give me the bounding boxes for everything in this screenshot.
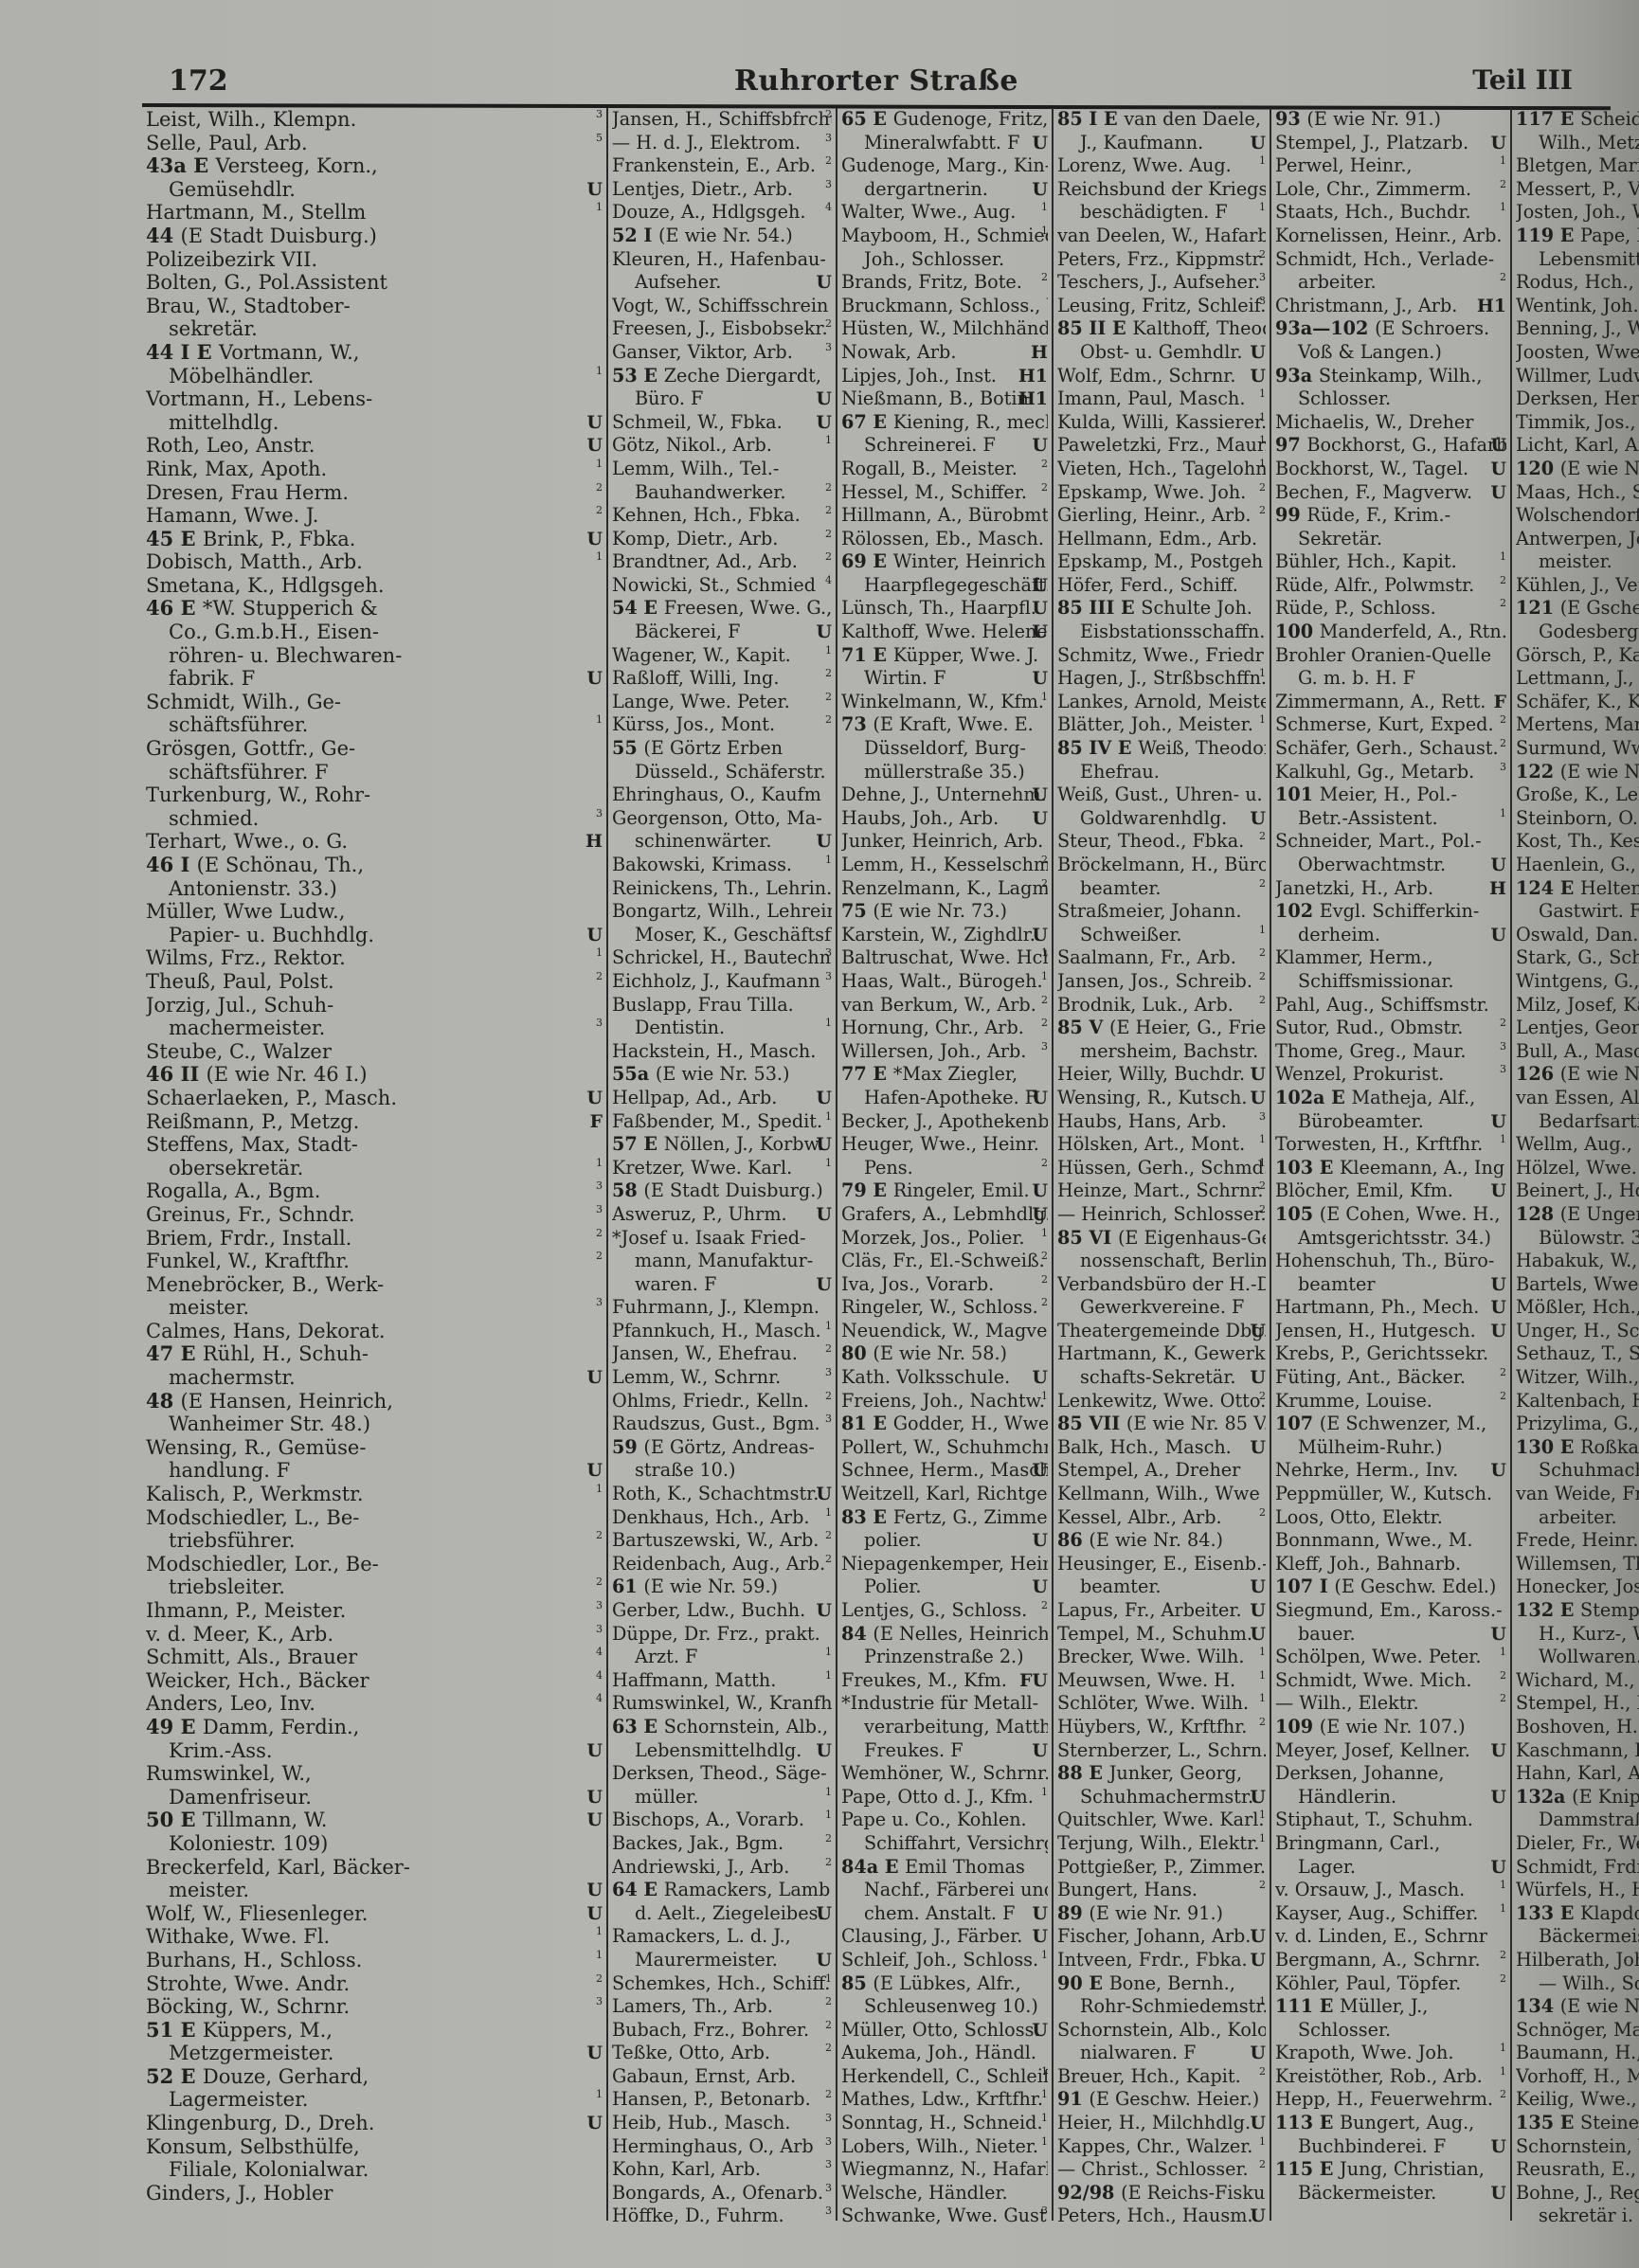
- resident-entry-line: Wollwaren.U: [1516, 1646, 1639, 1669]
- resident-entry-line: d. Aelt., Ziegeleibes.U: [612, 1902, 832, 1926]
- resident-entry-line: Gudenoge, Marg., Kin-: [841, 154, 1048, 178]
- resident-entry-line: bauer.U: [1275, 1623, 1506, 1647]
- entry-text: Bungert, Hans.: [1057, 1879, 1198, 1900]
- floor-marker: 1: [1041, 1390, 1048, 1409]
- floor-marker: 3: [596, 1017, 603, 1035]
- floor-marker: 3: [596, 1995, 603, 2014]
- resident-entry-line: Breuer, Hch., Kapit.2: [1057, 2065, 1266, 2089]
- resident-entry-line: triebsleiter.2: [146, 1575, 603, 1599]
- house-entry-line: 54 E Freesen, Wwe. G.,: [612, 597, 832, 621]
- floor-marker: U: [586, 2112, 603, 2135]
- entry-text: schinenwärter.: [635, 830, 771, 852]
- house-number: 55: [612, 737, 643, 759]
- resident-entry-line: Heusinger, E., Eisenb.-: [1057, 1553, 1266, 1576]
- resident-entry-line: Lamers, Th., Arb.2: [612, 1995, 832, 2019]
- resident-entry-line: Gierling, Heinr., Arb.2: [1057, 504, 1266, 528]
- floor-marker: 2: [1041, 1599, 1048, 1618]
- entry-text: Bauhandwerker.: [635, 481, 785, 503]
- entry-text: mann, Manufaktur-: [635, 1250, 813, 1271]
- house-entry-line: 43a E Versteeg, Korn.,: [146, 154, 603, 178]
- directory-columns: Leist, Wilh., Klempn.3Selle, Paul, Arb.5…: [142, 108, 1639, 2221]
- floor-marker: 1: [1500, 2065, 1506, 2084]
- floor-marker: 1: [1259, 458, 1266, 477]
- entry-text: Kalthoff, Theod.,: [1132, 317, 1266, 339]
- entry-text: Prinzenstraße 2.): [864, 1646, 1024, 1667]
- entry-text: Boshoven, H., Schloss.: [1516, 1716, 1639, 1737]
- entry-text: Pfannkuch, H., Masch.: [612, 1320, 821, 1341]
- resident-entry-line: Rogalla, A., Bgm.3: [146, 1179, 603, 1203]
- resident-entry-line: beschädigten. F1: [1057, 201, 1266, 225]
- floor-marker: 1: [825, 644, 832, 663]
- resident-entry-line: Roth, K., Schachtmstr.U: [612, 1483, 832, 1506]
- entry-text: Jansen, Jos., Schreib.: [1057, 970, 1252, 992]
- resident-entry-line: Bedarfsartikel. FU: [1516, 1110, 1639, 1134]
- resident-entry-line: Aufseher.U: [612, 271, 832, 295]
- resident-entry-line: Lole, Chr., Zimmerm.2: [1275, 178, 1506, 202]
- entry-text: d. Aelt., Ziegeleibes.: [635, 1902, 824, 1924]
- entry-text: Ehringhaus, O., Kaufm: [612, 783, 821, 805]
- entry-text: Bürobeamter.: [1298, 1110, 1424, 1132]
- entry-text: Willersen, Joh., Arb.: [841, 1040, 1026, 1062]
- resident-entry-line: Hepp, H., Feuerwehrm.2: [1275, 2088, 1506, 2112]
- house-number: 54 E: [612, 597, 664, 619]
- resident-entry-line: Wellm, Aug., Polleutn.1: [1516, 1133, 1639, 1157]
- entry-text: Schemkes, Hch., Schiff.: [612, 1972, 830, 1994]
- resident-entry-line: Kreistöther, Rob., Arb.1: [1275, 2065, 1506, 2089]
- entry-text: Rölossen, Eb., Masch.: [841, 528, 1044, 549]
- entry-text: Höffke, D., Fuhrm.: [612, 2205, 784, 2226]
- entry-text: (E Heier, G., Frie-: [1109, 1017, 1266, 1038]
- entry-text: Schlosser.: [1298, 387, 1391, 409]
- floor-marker: 1: [1041, 1227, 1048, 1246]
- entry-text: G. m. b. H. F: [1298, 667, 1415, 689]
- entry-text: Schulte Joh.: [1141, 597, 1252, 619]
- floor-marker: 3: [596, 1623, 603, 1642]
- entry-text: (E Eigenhaus-Ge-: [1118, 1227, 1266, 1249]
- resident-entry-line: Karstein, W., Zighdlr.U: [841, 924, 1048, 947]
- floor-marker: 1: [1041, 2088, 1048, 2107]
- house-number: 128: [1516, 1203, 1560, 1225]
- floor-marker: 3: [1259, 295, 1266, 314]
- house-entry-line: 77 E *Max Ziegler,: [841, 1063, 1048, 1087]
- house-number: 122: [1516, 761, 1560, 783]
- entry-text: Briem, Frdr., Install.: [146, 1227, 351, 1250]
- entry-text: Pape, Otto d. J., Kfm.: [841, 1786, 1034, 1808]
- resident-entry-line: Schäfer, Gerh., Schaust.2: [1275, 737, 1506, 761]
- entry-text: van den Daele,: [1124, 108, 1261, 130]
- floor-marker: U: [816, 830, 832, 854]
- floor-marker: 1: [1041, 946, 1048, 965]
- resident-entry-line: Wensing, R., Gemüse-: [146, 1436, 603, 1460]
- entry-text: Junker, Georg,: [1109, 1762, 1242, 1784]
- entry-text: Stempel, H., Buchhalt.: [1516, 1692, 1639, 1714]
- entry-text: Wellm, Aug., Polleutn.: [1516, 1133, 1639, 1155]
- floor-marker: 1: [1259, 411, 1266, 430]
- entry-text: Höfer, Ferd., Schiff.: [1057, 574, 1238, 596]
- entry-text: Stiphaut, T., Schuhm.: [1275, 1809, 1473, 1830]
- resident-entry-line: röhren- u. Blechwaren-: [146, 644, 603, 668]
- resident-entry-line: obersekretär.1: [146, 1157, 603, 1180]
- resident-entry-line: Prizylima, G., Metzger.: [1516, 1413, 1639, 1436]
- resident-entry-line: Gemüsehdlr.U: [146, 178, 603, 202]
- floor-marker: 2: [825, 1995, 832, 2014]
- entry-text: Maas, Hch., Schloss.: [1516, 481, 1639, 503]
- entry-text: waren. F: [635, 1273, 716, 1295]
- entry-text: Schölpen, Wwe. Peter.: [1275, 1646, 1481, 1667]
- entry-text: müllerstraße 35.): [864, 761, 1025, 783]
- resident-entry-line: Aukema, Joh., Händl.: [841, 2042, 1048, 2065]
- house-entry-line: 75 (E wie Nr. 73.): [841, 900, 1048, 924]
- floor-marker: 2: [1259, 481, 1266, 500]
- entry-text: Bechen, F., Magverw.: [1275, 481, 1472, 503]
- entry-text: Haubs, Joh., Arb.: [841, 807, 999, 829]
- entry-text: Janetzki, H., Arb.: [1275, 877, 1433, 899]
- resident-entry-line: Niepagenkemper, Heinr.,: [841, 1553, 1048, 1576]
- resident-entry-line: Reißmann, P., Metzg.F: [146, 1110, 603, 1134]
- resident-entry-line: Müller, Wwe Ludw.,: [146, 900, 603, 924]
- resident-entry-line: Stempel, A., Dreher: [1057, 1459, 1266, 1483]
- house-entry-line: 119 E Pape, Karl,: [1516, 225, 1639, 248]
- resident-entry-line: Bergmann, A., Schrnr.2: [1275, 1949, 1506, 1972]
- floor-marker: U: [1250, 1925, 1266, 1949]
- floor-marker: 2: [1500, 1366, 1506, 1385]
- house-entry-line: 93a Steinkamp, Wilh.,: [1275, 365, 1506, 388]
- resident-entry-line: Thome, Greg., Maur.3: [1275, 1040, 1506, 1064]
- house-entry-line: 52 I (E wie Nr. 54.): [612, 225, 832, 248]
- resident-entry-line: Smetana, K., Hdlgsgeh.: [146, 574, 603, 598]
- resident-entry-line: Schmeil, W., Fbka.U: [612, 411, 832, 435]
- entry-text: Bonnmann, Wwe., M.: [1275, 1529, 1472, 1551]
- entry-text: Fuhrmann, J., Klempn.: [612, 1296, 819, 1318]
- entry-text: beschädigten. F: [1080, 201, 1228, 223]
- resident-entry-line: Wensing, R., Kutsch.U: [1057, 1087, 1266, 1110]
- entry-text: Wirtin. F: [864, 667, 946, 689]
- resident-entry-line: Schölpen, Wwe. Peter.1: [1275, 1646, 1506, 1669]
- entry-text: Eichholz, J., Kaufmann: [612, 970, 820, 992]
- entry-text: Grösgen, Gottfr., Ge-: [146, 737, 355, 760]
- entry-text: Krim.-Ass.: [169, 1739, 273, 1762]
- resident-entry-line: Lünsch, Th., Haarpfl.U: [841, 597, 1048, 621]
- resident-entry-line: Füting, Ant., Bäcker.2: [1275, 1366, 1506, 1390]
- resident-entry-line: Rumswinkel, W., Kranfhr.: [612, 1692, 832, 1716]
- resident-entry-line: Hillmann, A., Bürobmtr: [841, 504, 1048, 528]
- floor-marker: 3: [596, 1599, 603, 1618]
- entry-text: Eisbstationsschaffn.: [1080, 621, 1265, 642]
- entry-text: Brands, Fritz, Bote.: [841, 271, 1022, 293]
- resident-entry-line: Bruckmann, Schloss., W.: [841, 295, 1048, 318]
- floor-marker: 2: [825, 1856, 832, 1875]
- entry-text: Clausing, J., Färber.: [841, 1925, 1022, 1947]
- floor-marker: 1: [1500, 1133, 1506, 1152]
- resident-entry-line: Torwesten, H., Krftfhr.1: [1275, 1133, 1506, 1157]
- floor-marker: 2: [596, 1227, 603, 1246]
- entry-text: Straßmeier, Johann.: [1057, 900, 1241, 922]
- resident-entry-line: Stiphaut, T., Schuhm.: [1275, 1809, 1506, 1832]
- floor-marker: 2: [825, 317, 832, 336]
- entry-text: Licht, Karl, Arb.: [1516, 434, 1639, 456]
- resident-entry-line: Fischer, Johann, Arb.U: [1057, 1925, 1266, 1949]
- floor-marker: 3: [1500, 1040, 1506, 1059]
- entry-text: Lipjes, Joh., Inst.: [841, 365, 997, 387]
- entry-text: Lebensmittelhdlg.: [635, 1739, 801, 1761]
- entry-text: Schmeil, W., Fbka.: [612, 411, 783, 433]
- house-entry-line: 121 (E Gscheidle, Frz.,: [1516, 597, 1639, 621]
- entry-text: Morzek, Jos., Polier.: [841, 1227, 1025, 1249]
- floor-marker: U: [586, 1786, 603, 1809]
- resident-entry-line: Haubs, Joh., Arb.U: [841, 807, 1048, 831]
- resident-entry-line: Milz, Josef, Kapitän.5: [1516, 994, 1639, 1017]
- resident-entry-line: Dehne, J., Unternehm.U: [841, 783, 1048, 807]
- floor-marker: 2: [596, 1529, 603, 1548]
- entry-text: Sonntag, H., Schneid.: [841, 2112, 1043, 2133]
- resident-entry-line: Leist, Wilh., Klempn.3: [146, 108, 603, 132]
- entry-text: Bringmann, Carl.,: [1275, 1832, 1440, 1854]
- resident-entry-line: machermstr.U: [146, 1366, 603, 1390]
- entry-text: Kaltenbach, H., Rang.: [1516, 1390, 1639, 1412]
- entry-text: mersheim, Bachstr. 58.): [1080, 1040, 1266, 1062]
- entry-text: Walter, Wwe., Aug.: [841, 201, 1016, 223]
- resident-entry-line: schafts-Sekretär.U: [1057, 1366, 1266, 1390]
- resident-entry-line: Licht, Karl, Arb.H: [1516, 434, 1639, 458]
- floor-marker: 2: [1259, 1203, 1266, 1222]
- resident-entry-line: Schweißer.1: [1057, 924, 1266, 947]
- resident-entry-line: schmied.3: [146, 807, 603, 831]
- floor-marker: U: [1250, 365, 1266, 388]
- house-entry-line: 51 E Küppers, M.,: [146, 2019, 603, 2043]
- house-number: 49 E: [146, 1716, 203, 1738]
- entry-text: Gudenoge, Fritz,: [893, 108, 1048, 130]
- resident-entry-line: dergartnerin.U: [841, 178, 1048, 202]
- entry-text: Versteeg, Korn.,: [215, 154, 377, 177]
- entry-text: Menebröcker, B., Werk-: [146, 1273, 384, 1296]
- resident-entry-line: Unger, H., Schlosser.: [1516, 1320, 1639, 1343]
- resident-entry-line: Brau, W., Stadtober-: [146, 295, 603, 318]
- entry-text: Winkelmann, W., Kfm.: [841, 691, 1044, 712]
- entry-text: Schlosser.: [1298, 2019, 1391, 2041]
- resident-entry-line: Frankenstein, E., Arb.2: [612, 154, 832, 178]
- house-number: 113 E: [1275, 2112, 1340, 2133]
- entry-text: (E wie Nr. 85 V.): [1126, 1413, 1266, 1434]
- entry-text: Rogall, B., Meister.: [841, 458, 1018, 479]
- resident-entry-line: Josten, Joh., Walzer.1: [1516, 201, 1639, 225]
- house-entry-line: 122 (E wie Nr. 124.): [1516, 761, 1639, 784]
- column-6: 117 E Scheidt, Wwe.Wilh., Metzger. FUBle…: [1510, 108, 1639, 2221]
- resident-entry-line: van Berkum, W., Arb.2: [841, 994, 1048, 1017]
- entry-text: Blätter, Joh., Meister.: [1057, 713, 1253, 735]
- entry-text: Bröckelmann, H., Büro-: [1057, 854, 1266, 875]
- entry-text: Steube, C., Walzer: [146, 1040, 332, 1063]
- entry-text: Heier, Willy, Buchdr.: [1057, 1063, 1245, 1085]
- resident-entry-line: chem. Anstalt. FU: [841, 1902, 1048, 1926]
- resident-entry-line: Willersen, Joh., Arb.3: [841, 1040, 1048, 1064]
- entry-text: Schäfer, K., Kranfhr.: [1516, 691, 1639, 712]
- entry-text: Peters, Frz., Kippmstr.: [1057, 248, 1265, 270]
- entry-text: Filiale, Kolonialwar.: [169, 2158, 369, 2181]
- resident-entry-line: Brodnik, Luk., Arb.2: [1057, 994, 1266, 1017]
- entry-text: Jorzig, Jul., Schuh-: [146, 994, 333, 1017]
- entry-text: (E Reichs-Fiskus.): [1121, 2182, 1266, 2204]
- resident-entry-line: Polier.U: [841, 1575, 1048, 1599]
- house-entry-line: 97 Bockhorst, G., Hafarb.U: [1275, 434, 1506, 458]
- resident-entry-line: Michaelis, W., Dreher: [1275, 411, 1506, 435]
- house-number: 69 E: [841, 550, 893, 572]
- house-number: 67 E: [841, 411, 893, 433]
- house-entry-line: 67 E Kiening, R., mech.: [841, 411, 1048, 435]
- house-number: 97: [1275, 434, 1306, 456]
- resident-entry-line: Kretzer, Wwe. Karl.1: [612, 1157, 832, 1180]
- entry-text: Reidenbach, Aug., Arb.: [612, 1553, 825, 1575]
- entry-text: Reusrath, E., Händl.: [1516, 2158, 1639, 2180]
- house-entry-line: 49 E Damm, Ferdin.,: [146, 1716, 603, 1739]
- resident-entry-line: Theuß, Paul, Polst.2: [146, 970, 603, 994]
- house-number: 102a E: [1275, 1087, 1351, 1108]
- resident-entry-line: — H. d. J., Elektrom.3: [612, 132, 832, 155]
- floor-marker: 2: [825, 550, 832, 569]
- house-entry-line: 105 (E Cohen, Wwe. H.,: [1275, 1203, 1506, 1227]
- floor-marker: U: [586, 1459, 603, 1483]
- resident-entry-line: Steffens, Max, Stadt-: [146, 1133, 603, 1157]
- entry-text: Schornstein, Alb.,: [664, 1716, 828, 1737]
- resident-entry-line: Mineralwfabtt. FU: [841, 132, 1048, 155]
- entry-text: bauer.: [1298, 1623, 1356, 1645]
- entry-text: meister.: [169, 1879, 249, 1901]
- entry-text: Rodus, Hch., Mühlarb.: [1516, 271, 1639, 293]
- entry-text: Peppmüller, W., Kutsch.: [1275, 1483, 1492, 1504]
- resident-entry-line: Büro. FU: [612, 387, 832, 411]
- resident-entry-line: Wolf, W., Fliesenleger.U: [146, 1902, 603, 1926]
- entry-text: (E wie Nr. 59.): [643, 1575, 778, 1597]
- entry-text: Torwesten, H., Krftfhr.: [1275, 1133, 1483, 1155]
- resident-entry-line: Ohlms, Friedr., Kelln.2: [612, 1390, 832, 1413]
- entry-text: Brau, W., Stadtober-: [146, 295, 351, 317]
- floor-marker: 2: [1500, 1692, 1506, 1711]
- entry-text: Hagen, J., Strßbschffn.: [1057, 667, 1266, 689]
- entry-text: schäftsführer. F: [169, 761, 329, 783]
- entry-text: Freesen, J., Eisbobsekr.: [612, 317, 828, 339]
- house-entry-line: 71 E Küpper, Wwe. J.: [841, 644, 1048, 668]
- entry-text: beamter.: [1080, 1575, 1162, 1597]
- resident-entry-line: Schäfer, K., Kranfhr.: [1516, 691, 1639, 714]
- entry-text: Weiß, Theodore,: [1138, 737, 1266, 759]
- entry-text: Hilberath, Joh., Masch.: [1516, 1949, 1639, 1971]
- floor-marker: 2: [596, 1972, 603, 1991]
- entry-text: Rumswinkel, W.,: [146, 1762, 312, 1785]
- entry-text: Pape, Karl,: [1580, 225, 1639, 246]
- resident-entry-line: Haffmann, Matth.1: [612, 1669, 832, 1693]
- house-entry-line: 124 E Helten, Herm.,: [1516, 877, 1639, 901]
- house-number: 84a E: [841, 1856, 905, 1878]
- resident-entry-line: Voß & Langen.): [1275, 341, 1506, 365]
- entry-text: (E Knipscheer, J.,: [1572, 1786, 1639, 1808]
- floor-marker: 2: [596, 1250, 603, 1269]
- house-number: 93a—102: [1275, 317, 1375, 339]
- entry-text: Haffmann, Matth.: [612, 1669, 776, 1691]
- entry-text: handlung. F: [169, 1459, 290, 1482]
- resident-entry-line: Schreinerei. FU: [841, 434, 1048, 458]
- resident-entry-line: Schmidt, Hch., Verlade-: [1275, 248, 1506, 272]
- house-entry-line: 89 (E wie Nr. 91.): [1057, 1902, 1266, 1926]
- resident-entry-line: Rüde, Alfr., Polwmstr.2: [1275, 574, 1506, 598]
- entry-text: Hahn, Karl, Arb.: [1516, 1762, 1639, 1784]
- entry-text: (E wie Nr. 73.): [873, 900, 1007, 922]
- entry-text: Böcking, W., Schrnr.: [146, 1995, 350, 2018]
- floor-marker: 2: [825, 108, 832, 127]
- house-number: 105: [1275, 1203, 1320, 1225]
- floor-marker: 1: [825, 1017, 832, 1035]
- entry-text: Stempel, Wwe.: [1580, 1599, 1639, 1621]
- resident-entry-line: Pollert, W., Schuhmchm.: [841, 1436, 1048, 1460]
- floor-marker: 2: [825, 691, 832, 710]
- resident-entry-line: Wagener, W., Kapit.1: [612, 644, 832, 668]
- floor-marker: 2: [1259, 994, 1266, 1013]
- house-number: 48: [146, 1390, 181, 1413]
- house-number: 134: [1516, 1995, 1560, 2017]
- resident-entry-line: Rogall, B., Meister.2: [841, 458, 1048, 481]
- entry-text: Schneider, Mart., Pol.-: [1275, 830, 1482, 852]
- floor-marker: 2: [1259, 970, 1266, 989]
- house-entry-line: 111 E Müller, J.,: [1275, 1995, 1506, 2019]
- entry-text: (E Kraft, Wwe. E.: [873, 713, 1033, 735]
- entry-text: Wichard, M., Verkfin.: [1516, 1669, 1639, 1691]
- house-number: 120: [1516, 458, 1560, 479]
- entry-text: Bolten, G., Pol.Assistent: [146, 271, 387, 294]
- entry-text: schafts-Sekretär.: [1080, 1366, 1236, 1388]
- entry-text: nialwaren. F: [1080, 2042, 1196, 2063]
- entry-text: Bäckermeister.: [1298, 2182, 1436, 2204]
- floor-marker: 1: [1259, 387, 1266, 406]
- resident-entry-line: Selle, Paul, Arb.5: [146, 132, 603, 155]
- floor-marker: U: [816, 1949, 832, 1972]
- entry-text: Vortmann, W.,: [219, 341, 359, 364]
- floor-marker: U: [586, 1087, 603, 1110]
- resident-entry-line: Kappes, Chr., Walzer.1: [1057, 2135, 1266, 2159]
- resident-entry-line: Meyer, Josef, Kellner.U: [1275, 1739, 1506, 1763]
- resident-entry-line: Schemkes, Hch., Schiff.1: [612, 1972, 832, 1996]
- entry-text: Sternberzer, L., Schrn.: [1057, 1739, 1266, 1761]
- floor-marker: 3: [596, 1203, 603, 1222]
- resident-entry-line: Stempel, J., Platzarb.U: [1275, 132, 1506, 155]
- floor-marker: 2: [825, 2088, 832, 2107]
- resident-entry-line: schäftsführer. F: [146, 761, 603, 784]
- resident-entry-line: Jansen, Jos., Schreib.2: [1057, 970, 1266, 994]
- entry-text: Modschiedler, L., Be-: [146, 1506, 359, 1529]
- part-label: Teil III: [1472, 64, 1573, 96]
- resident-entry-line: Goldwarenhdlg.U: [1057, 807, 1266, 831]
- entry-text: Hartmann, K., Gewerk-: [1057, 1342, 1266, 1364]
- floor-marker: 4: [825, 201, 832, 220]
- entry-text: Rüde, F., Krim.-: [1306, 504, 1450, 526]
- entry-text: Weiß, Gust., Uhren- u.: [1057, 783, 1263, 805]
- resident-entry-line: Schiffahrt, Versichrg.: [841, 1832, 1048, 1856]
- entry-text: Benning, J., Walzdreh.: [1516, 317, 1639, 339]
- resident-entry-line: Düsseld., Schäferstr. 48): [612, 761, 832, 784]
- entry-text: Mertens, Maria.: [1516, 713, 1639, 735]
- house-number: 46 E: [146, 597, 203, 620]
- resident-entry-line: Lobers, Wilh., Nieter.1: [841, 2135, 1048, 2159]
- entry-text: Hüssen, Gerh., Schmd.: [1057, 1157, 1266, 1179]
- resident-entry-line: Hartmann, Ph., Mech.U: [1275, 1296, 1506, 1320]
- entry-text: Manderfeld, A., Rtn.: [1320, 621, 1506, 642]
- entry-text: J., Kaufmann.: [1080, 132, 1203, 153]
- entry-text: Moser, K., Geschäftsführ.: [635, 924, 832, 945]
- floor-marker: 2: [1041, 1157, 1048, 1176]
- resident-entry-line: Baltruschat, Wwe. Hch.1: [841, 946, 1048, 970]
- floor-marker: 1: [1259, 2135, 1266, 2154]
- resident-entry-line: Denkhaus, Hch., Arb.1: [612, 1506, 832, 1530]
- entry-text: *Josef u. Isaak Fried-: [612, 1227, 806, 1249]
- resident-entry-line: Dentistin.1: [612, 1017, 832, 1040]
- resident-entry-line: beamter.U: [1057, 1575, 1266, 1599]
